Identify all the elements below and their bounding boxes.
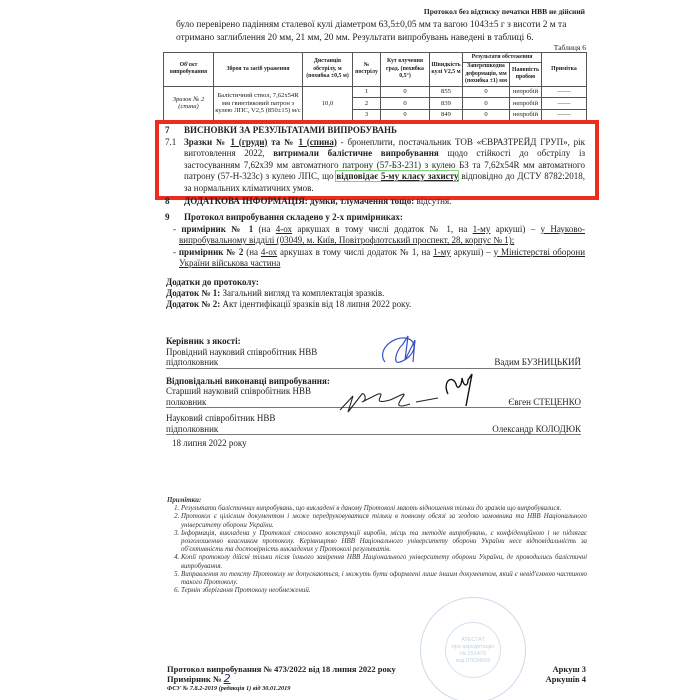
col-penetration: Наявність пробою xyxy=(510,63,542,87)
cell-penetration: непробій xyxy=(510,86,542,98)
text: 1-му xyxy=(473,224,491,234)
annex-text: Загальний вигляд та комплектація зразків… xyxy=(220,288,384,298)
col-object: Об'єкт випробування xyxy=(164,53,214,87)
cell-angle: 0 xyxy=(381,109,430,121)
section-value: відсутня. xyxy=(414,196,451,206)
sheet-number: Аркуш 3 xyxy=(520,664,586,674)
table-caption: Таблиця 6 xyxy=(540,43,586,52)
subsection-number: 7.1 xyxy=(165,137,184,195)
signature-black-2-icon xyxy=(338,384,448,414)
cell-distance: 10,0 xyxy=(303,86,353,121)
text: аркушах в тому числі додаток № 1, на xyxy=(277,247,433,257)
annexes-title: Додатки до протоколу: xyxy=(166,277,586,288)
cell-shot: 1 xyxy=(353,86,381,98)
cell-deformation: 0 xyxy=(463,109,510,121)
col-distance: Дистанція обстрілу, м (похибка ±0,5 м) xyxy=(303,53,353,87)
sign-date: 18 липня 2022 року xyxy=(172,438,581,449)
col-shot: № пострілу xyxy=(353,53,381,87)
annex-text: Акт ідентифікації зразків від 18 липня 2… xyxy=(220,299,411,309)
table-row: Зразок № 2 (спина) Балістичний ствол, 7,… xyxy=(164,86,587,98)
section-number: 7 xyxy=(165,125,184,137)
notes-list: Результати балістичних випробувань, що в… xyxy=(167,505,587,595)
rank: підполковник xyxy=(166,357,218,367)
sheets-total: Аркушів 4 xyxy=(520,674,586,684)
sheet-info: Аркуш 3 Аркушів 4 xyxy=(520,664,586,684)
quality-head-title: Керівник з якості: xyxy=(166,336,581,347)
text: відповідає xyxy=(336,171,381,181)
position: Провідний науковий співробітник НВВ xyxy=(166,347,581,358)
text: (на xyxy=(253,224,275,234)
sample-chest: 1 (груди) xyxy=(230,137,267,147)
signer-name: Олександр КОЛОДЮК xyxy=(492,424,581,435)
copy-label: примірник № 1 xyxy=(181,224,253,234)
text: 4-ох xyxy=(276,224,292,234)
section-title: Протокол випробування складено у 2-х при… xyxy=(184,212,403,222)
text: 1-му xyxy=(433,247,451,257)
text: аркушах в тому числі додаток № 1, на xyxy=(292,224,473,234)
text: (на xyxy=(243,247,261,257)
text: Зразки № xyxy=(184,137,230,147)
cell-shot: 2 xyxy=(353,98,381,110)
cell-shot: 3 xyxy=(353,109,381,121)
signer-name: Вадим БУЗНИЦЬКИЙ xyxy=(494,357,581,368)
col-angle: Кут влучення град. (похибка 0,5°) xyxy=(381,53,430,87)
notes: Примітки: Результати балістичних випробу… xyxy=(167,497,587,595)
cell-penetration: непробій xyxy=(510,98,542,110)
annex-item: Додаток № 2: Акт ідентифікації зразків в… xyxy=(166,299,586,310)
cell-deformation: 0 xyxy=(463,86,510,98)
cell-speed: 855 xyxy=(430,86,463,98)
note-item: Копії протоколу дійсні тільки після їхнь… xyxy=(181,554,587,570)
section-copies: 9Протокол випробування складено у 2-х пр… xyxy=(165,212,585,270)
note-item: Протокол є цілісним документом і може пе… xyxy=(181,513,587,529)
col-deformation: Заперешкодна деформація, мм (похибка ±1)… xyxy=(463,63,510,87)
protection-class: 5-му класу захисту xyxy=(381,171,459,181)
note-item: Результати балістичних випробувань, що в… xyxy=(181,505,587,513)
cell-deformation: 0 xyxy=(463,98,510,110)
annexes: Додатки до протоколу: Додаток № 1: Загал… xyxy=(166,277,586,310)
test-passed-text: витримали балістичне випробування xyxy=(273,148,439,158)
section-number: 9 xyxy=(165,212,184,224)
notes-title: Примітки: xyxy=(167,497,587,505)
note-item: Термін зберігання Протоколу необмежений. xyxy=(181,587,587,595)
signature-line: підполковникОлександр КОЛОДЮК xyxy=(166,424,581,436)
annex-label: Додаток № 1: xyxy=(166,288,220,298)
signer-name: Євген СТЕЦЕНКО xyxy=(508,397,581,408)
cell-note: —— xyxy=(542,98,587,110)
cell-angle: 0 xyxy=(381,86,430,98)
col-weapon: Зброя та засіб ураження xyxy=(214,53,303,87)
section-additional-info: 8ДОДАТКОВА ІНФОРМАЦІЯ: думки, тлумачення… xyxy=(165,196,585,208)
position: Науковий співробітник НВВ xyxy=(166,413,581,424)
note-item: Виправлення по тексту Протоколу не допус… xyxy=(181,571,587,587)
section-conclusions: 7ВИСНОВКИ ЗА РЕЗУЛЬТАТАМИ ВИПРОБУВАНЬ 7.… xyxy=(165,125,585,194)
conclusion-paragraph: Зразки № 1 (груди) та № 1 (спина) - брон… xyxy=(184,137,585,195)
col-speed: Швидкість кулі V2,5 м xyxy=(430,53,463,87)
stamp-text: АТЕСТАТ xyxy=(446,637,500,644)
cell-note: —— xyxy=(542,86,587,98)
rank: підполковник xyxy=(166,424,218,434)
watermark-note: Протокол без відтиску печатки НВВ не дій… xyxy=(370,7,585,16)
col-note: Примітка xyxy=(542,53,587,87)
signature-blue-icon xyxy=(375,332,425,372)
copy-item: - примірник № 2 (на 4-ох аркушах в тому … xyxy=(165,247,585,270)
col-results-group: Результати обстеження xyxy=(463,53,542,63)
section-title: ВИСНОВКИ ЗА РЕЗУЛЬТАТАМИ ВИПРОБУВАНЬ xyxy=(184,125,397,135)
copy-item: - примірник № 1 (на 4-ох аркушах в тому … xyxy=(165,224,585,247)
note-item: Інформація, викладена у Протоколі стосов… xyxy=(181,530,587,555)
cell-note: —— xyxy=(542,109,587,121)
text: та № xyxy=(267,137,298,147)
copy-label: примірник № 2 xyxy=(179,247,243,257)
cell-penetration: непробій xyxy=(510,109,542,121)
results-table: Об'єкт випробування Зброя та засіб ураже… xyxy=(163,52,587,121)
cell-weapon: Балістичний ствол, 7,62х54R мм гвинтівко… xyxy=(214,86,303,121)
text: аркуші) – xyxy=(451,247,494,257)
copy-label: Примірник № xyxy=(167,674,224,684)
text: 4-ох xyxy=(261,247,277,257)
annex-label: Додаток № 2: xyxy=(166,299,220,309)
stamp-text: № 291479 xyxy=(446,651,500,658)
rank: полковник xyxy=(166,397,206,407)
intro-paragraph: було перевірено падінням сталевої кулі д… xyxy=(176,19,586,44)
cell-object: Зразок № 2 (спина) xyxy=(164,86,214,121)
annex-item: Додаток № 1: Загальний вигляд та комплек… xyxy=(166,288,586,299)
stamp-text: про акредитацію xyxy=(446,644,500,651)
sample-back: 1 (спина) xyxy=(298,137,336,147)
cell-speed: 839 xyxy=(430,98,463,110)
signature-line: підполковникВадим БУЗНИЦЬКИЙ xyxy=(166,357,581,369)
text: аркуші) – xyxy=(490,224,540,234)
section-title: ДОДАТКОВА ІНФОРМАЦІЯ: думки, тлумачення … xyxy=(184,196,414,206)
form-code: ФСУ № 7.8.2-2019 (редакція 1) від 30.01.… xyxy=(167,684,587,694)
cell-angle: 0 xyxy=(381,98,430,110)
green-highlight-protection-class: відповідає 5-му класу захисту xyxy=(336,171,458,181)
cell-speed: 849 xyxy=(430,109,463,121)
section-number: 8 xyxy=(165,196,184,208)
